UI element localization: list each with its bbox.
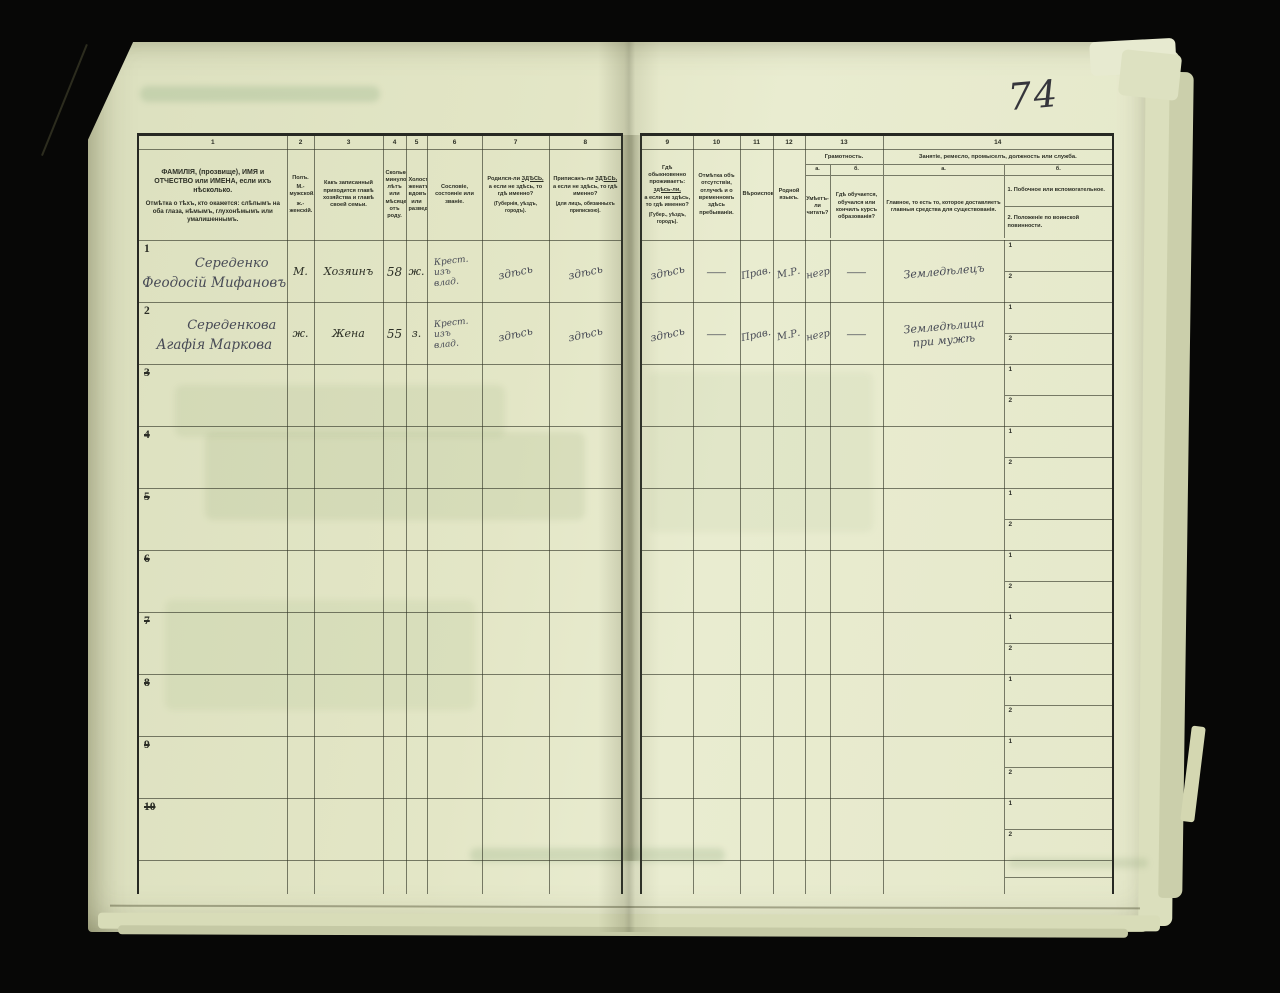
col-num: 9 — [641, 135, 693, 150]
row-number: 9 — [144, 739, 150, 751]
col-num: 13 — [805, 135, 883, 150]
cell-relation — [314, 613, 383, 675]
cell-education — [830, 551, 883, 613]
cell-residence — [641, 489, 693, 551]
cell-age — [383, 861, 406, 895]
cell-side-occupation — [1004, 861, 1113, 895]
cell-relation — [314, 427, 383, 489]
cell-language — [773, 613, 805, 675]
cell-education — [830, 675, 883, 737]
col-num: 6 — [427, 135, 482, 150]
cell-education — [830, 737, 883, 799]
book-fold-gutter — [622, 303, 641, 365]
cell-education — [830, 365, 883, 427]
table-row: 10 1 2 — [138, 799, 1113, 861]
name-line-1: Середенко — [177, 256, 287, 271]
cell-estate — [427, 613, 482, 675]
cell-residence — [641, 737, 693, 799]
cell-age — [383, 365, 406, 427]
table-row: 7 1 2 — [138, 613, 1113, 675]
cell-religion — [740, 799, 773, 861]
header-name-title: ФАМИЛІЯ, (прозвище), ИМЯ и ОТЧЕСТВО или … — [143, 168, 283, 195]
cell-registration — [549, 365, 622, 427]
cell-language: М.Р. — [773, 241, 805, 303]
scanned-census-page-photo: 74 1 2 3 4 5 6 7 8 9 10 11 12 — [0, 0, 1280, 993]
cell-side-occupation: 1 2 — [1004, 241, 1113, 303]
cell-religion — [740, 675, 773, 737]
table-row: 3 1 2 — [138, 365, 1113, 427]
cell-age — [383, 551, 406, 613]
cell-estate — [427, 675, 482, 737]
table-row: 8 1 2 — [138, 675, 1113, 737]
cell-name: 8 — [138, 675, 287, 737]
cell-residence: здѣсь — [641, 241, 693, 303]
cell-sex — [287, 551, 314, 613]
header-name-column: ФАМИЛІЯ, (прозвище), ИМЯ и ОТЧЕСТВО или … — [138, 150, 287, 241]
book-fold-gutter — [622, 737, 641, 799]
cell-side-occupation: 1 2 — [1004, 365, 1113, 427]
cell-name: 1 Середенко Феодосій Мифановъ — [138, 241, 287, 303]
cell-education — [830, 613, 883, 675]
cell-religion — [740, 861, 773, 895]
cell-estate: Крест. изъ влад. — [427, 241, 482, 303]
col-num: 8 — [549, 135, 622, 150]
cell-residence — [641, 551, 693, 613]
cell-residence — [641, 799, 693, 861]
cell-sex — [287, 861, 314, 895]
cell-name: 9 — [138, 737, 287, 799]
cell-marital — [406, 489, 427, 551]
cell-registration — [549, 489, 622, 551]
row-number: 5 — [144, 491, 150, 503]
header-literacy-title: Грамотность. — [806, 152, 883, 165]
cell-sex — [287, 427, 314, 489]
header-relation: Какъ записанный приходится главѣ хозяйст… — [314, 150, 383, 241]
name-line-2: Феодосій Мифановъ — [142, 275, 287, 291]
cell-sex — [287, 489, 314, 551]
cell-absence — [693, 737, 740, 799]
table-row: 4 1 2 — [138, 427, 1113, 489]
cell-registration: здѣсь — [549, 241, 622, 303]
cell-birthplace — [482, 489, 549, 551]
table-row: 1 Середенко Феодосій Мифановъ М. Хозяинъ… — [138, 241, 1113, 303]
ink-bleed-ghost — [140, 86, 380, 102]
cell-birthplace — [482, 551, 549, 613]
header-religion: Вѣроисповѣданіе. — [740, 150, 773, 241]
cell-religion: Прав. — [740, 241, 773, 303]
cell-literacy — [805, 737, 830, 799]
cell-estate: Крест. изъ влад. — [427, 303, 482, 365]
cell-religion — [740, 551, 773, 613]
book-fold-gutter — [622, 613, 641, 675]
header-absence: Отмѣтка объ отсутствіи, отлучкѣ и о врем… — [693, 150, 740, 241]
col-num: 1 — [138, 135, 287, 150]
cell-absence — [693, 489, 740, 551]
cell-occupation — [883, 861, 1004, 895]
cell-language — [773, 799, 805, 861]
cell-estate — [427, 365, 482, 427]
table-row — [138, 861, 1113, 895]
cell-language — [773, 365, 805, 427]
cell-relation: Жена — [314, 303, 383, 365]
cell-sex: ж. — [287, 303, 314, 365]
header-registration: Приписанъ-ли ЗДѢСЬ, а если не здѣсь, то … — [549, 150, 622, 241]
cell-religion — [740, 489, 773, 551]
header-occupation-group: Занятіе, ремесло, промыселъ, должность и… — [883, 150, 1113, 241]
cell-name: 2 Середенкова Агафія Маркова — [138, 303, 287, 365]
cell-absence — [693, 675, 740, 737]
cell-marital — [406, 365, 427, 427]
col-num: 12 — [773, 135, 805, 150]
cell-sex — [287, 799, 314, 861]
cell-registration: здѣсь — [549, 303, 622, 365]
cell-marital — [406, 675, 427, 737]
cell-sex — [287, 737, 314, 799]
column-number-row: 1 2 3 4 5 6 7 8 9 10 11 12 13 14 — [138, 135, 1113, 150]
cell-birthplace — [482, 613, 549, 675]
cell-education — [830, 489, 883, 551]
table-row: 2 Середенкова Агафія Маркова ж. Жена 55 … — [138, 303, 1113, 365]
cell-side-occupation: 1 2 — [1004, 489, 1113, 551]
cell-relation — [314, 489, 383, 551]
cell-religion — [740, 365, 773, 427]
page-corner — [1118, 49, 1182, 101]
cell-absence — [693, 365, 740, 427]
col-num: 10 — [693, 135, 740, 150]
cell-marital — [406, 613, 427, 675]
cell-education — [830, 861, 883, 895]
header-birthplace: Родился-ли ЗДѢСЬ, а если не здѣсь, то гд… — [482, 150, 549, 241]
book-fold-gutter — [622, 135, 641, 241]
cell-literacy — [805, 675, 830, 737]
cell-literacy: негр. — [805, 303, 830, 365]
cell-absence — [693, 799, 740, 861]
col-num: 2 — [287, 135, 314, 150]
cell-birthplace: здѣсь — [482, 241, 549, 303]
cell-marital — [406, 799, 427, 861]
cell-sex — [287, 613, 314, 675]
cell-religion: Прав. — [740, 303, 773, 365]
book-fold-gutter — [622, 551, 641, 613]
cell-side-occupation: 1 2 — [1004, 613, 1113, 675]
cell-marital — [406, 427, 427, 489]
cell-relation — [314, 675, 383, 737]
cell-estate — [427, 861, 482, 895]
header-education: Гдѣ обучается, обучался или кончилъ курс… — [831, 176, 883, 238]
cell-age — [383, 675, 406, 737]
cell-sex — [287, 675, 314, 737]
header-sex: Полъ. М.-мужской. ж.-женскій. — [287, 150, 314, 241]
cell-birthplace: здѣсь — [482, 303, 549, 365]
cell-name: 4 — [138, 427, 287, 489]
name-line-1: Середенкова — [177, 318, 287, 333]
cell-occupation — [883, 675, 1004, 737]
row-number: 3 — [144, 367, 150, 379]
header-residence: Гдѣ обыкновенно проживаетъ: здѣсь-ли, а … — [641, 150, 693, 241]
cell-language — [773, 861, 805, 895]
cell-education — [830, 427, 883, 489]
cell-registration — [549, 799, 622, 861]
header-estate: Сословіе, состояніе или званіе. — [427, 150, 482, 241]
cell-estate — [427, 551, 482, 613]
cell-absence — [693, 427, 740, 489]
cell-literacy — [805, 799, 830, 861]
cell-sex: М. — [287, 241, 314, 303]
cell-sex — [287, 365, 314, 427]
book-fold-gutter — [622, 799, 641, 861]
col-num: 11 — [740, 135, 773, 150]
col-num: 7 — [482, 135, 549, 150]
cell-birthplace — [482, 861, 549, 895]
cell-relation — [314, 551, 383, 613]
cell-relation — [314, 737, 383, 799]
cell-name: 3 — [138, 365, 287, 427]
cell-registration — [549, 427, 622, 489]
cell-registration — [549, 737, 622, 799]
cell-residence — [641, 675, 693, 737]
cell-occupation — [883, 365, 1004, 427]
cell-age: 58 — [383, 241, 406, 303]
header-side-occupation: 1. Побочное или вспомогательное. 2. Поло… — [1005, 176, 1113, 238]
header-can-read: Умѣетъ-ли читать? — [806, 176, 831, 238]
row-number: 2 — [144, 305, 150, 317]
cell-age — [383, 489, 406, 551]
book-fold-gutter — [622, 489, 641, 551]
col-num: 4 — [383, 135, 406, 150]
header-literacy-group: Грамотность. а. б. Умѣетъ-ли читать? Гдѣ… — [805, 150, 883, 241]
header-marital: Холостъ, женатъ, вдовъ или разведенъ. — [406, 150, 427, 241]
cell-education: — — [830, 241, 883, 303]
cell-absence — [693, 861, 740, 895]
cell-residence — [641, 365, 693, 427]
cell-language — [773, 675, 805, 737]
cell-side-occupation: 1 2 — [1004, 303, 1113, 365]
cell-birthplace — [482, 799, 549, 861]
row-number: 10 — [144, 801, 156, 813]
cell-estate — [427, 427, 482, 489]
cell-age — [383, 799, 406, 861]
col-num: 5 — [406, 135, 427, 150]
cell-residence — [641, 613, 693, 675]
cell-estate — [427, 799, 482, 861]
cell-religion — [740, 613, 773, 675]
cell-occupation — [883, 737, 1004, 799]
cell-age: 55 — [383, 303, 406, 365]
cell-name: 10 — [138, 799, 287, 861]
cell-name: 7 — [138, 613, 287, 675]
cell-relation — [314, 799, 383, 861]
cell-name: 6 — [138, 551, 287, 613]
cell-occupation — [883, 799, 1004, 861]
cell-side-occupation: 1 2 — [1004, 799, 1113, 861]
cell-language — [773, 551, 805, 613]
cell-side-occupation: 1 2 — [1004, 427, 1113, 489]
cell-side-occupation: 1 2 — [1004, 675, 1113, 737]
cell-registration — [549, 675, 622, 737]
cell-literacy — [805, 613, 830, 675]
cell-absence: — — [693, 303, 740, 365]
row-number: 8 — [144, 677, 150, 689]
header-age: Сколько минуло лѣтъ или мѣсяцевъ отъ род… — [383, 150, 406, 241]
header-language: Родной языкъ. — [773, 150, 805, 241]
cell-literacy — [805, 365, 830, 427]
header-main-occupation: Главное, то есть то, которое доставляетъ… — [884, 176, 1005, 238]
cell-birthplace — [482, 737, 549, 799]
table-row: 5 1 2 — [138, 489, 1113, 551]
census-table-body: 1 Середенко Феодосій Мифановъ М. Хозяинъ… — [138, 241, 1113, 895]
cell-marital: з. — [406, 303, 427, 365]
header-name-note: Отмѣтка о тѣхъ, кто окажется: слѣпымъ на… — [144, 200, 282, 224]
cell-literacy — [805, 861, 830, 895]
cell-occupation — [883, 551, 1004, 613]
cell-religion — [740, 737, 773, 799]
cell-residence: здѣсь — [641, 303, 693, 365]
cell-birthplace — [482, 427, 549, 489]
census-table: 1 2 3 4 5 6 7 8 9 10 11 12 13 14 ФАМИЛІЯ… — [137, 133, 1114, 894]
cell-occupation — [883, 613, 1004, 675]
cell-name — [138, 861, 287, 895]
book-fold-gutter — [622, 675, 641, 737]
book-fold-gutter — [622, 861, 641, 895]
cell-relation — [314, 861, 383, 895]
cell-literacy — [805, 427, 830, 489]
cell-age — [383, 427, 406, 489]
cell-literacy — [805, 489, 830, 551]
cell-language: М.Р. — [773, 303, 805, 365]
cell-marital — [406, 551, 427, 613]
cell-language — [773, 427, 805, 489]
cell-age — [383, 613, 406, 675]
cell-birthplace — [482, 365, 549, 427]
cell-residence — [641, 427, 693, 489]
cell-residence — [641, 861, 693, 895]
cell-religion — [740, 427, 773, 489]
col-num: 3 — [314, 135, 383, 150]
cell-registration — [549, 551, 622, 613]
cell-occupation — [883, 489, 1004, 551]
cell-side-occupation: 1 2 — [1004, 737, 1113, 799]
cell-occupation: Земледѣлица при мужѣ — [883, 303, 1004, 365]
cell-absence — [693, 551, 740, 613]
cell-language — [773, 489, 805, 551]
book-fold-gutter — [622, 427, 641, 489]
cell-marital — [406, 861, 427, 895]
col-num: 14 — [883, 135, 1113, 150]
cell-registration — [549, 613, 622, 675]
row-number: 7 — [144, 615, 150, 627]
row-number: 6 — [144, 553, 150, 565]
cell-estate — [427, 489, 482, 551]
name-line-2: Агафія Маркова — [142, 337, 287, 353]
paper-crease — [41, 44, 88, 156]
cell-relation — [314, 365, 383, 427]
cell-relation: Хозяинъ — [314, 241, 383, 303]
table-row: 6 1 2 — [138, 551, 1113, 613]
cell-occupation: Земледѣлецъ — [883, 241, 1004, 303]
row-number: 1 — [144, 243, 150, 255]
cell-absence — [693, 613, 740, 675]
cell-absence: — — [693, 241, 740, 303]
page-number-handwritten: 74 — [1006, 72, 1061, 119]
cell-name: 5 — [138, 489, 287, 551]
book-fold-gutter — [622, 241, 641, 303]
cell-marital: ж. — [406, 241, 427, 303]
cell-education — [830, 799, 883, 861]
cell-language — [773, 737, 805, 799]
cell-registration — [549, 861, 622, 895]
cell-literacy — [805, 551, 830, 613]
row-number: 4 — [144, 429, 150, 441]
cell-estate — [427, 737, 482, 799]
cell-literacy: негр. — [805, 241, 830, 303]
header-occupation-title: Занятіе, ремесло, промыселъ, должность и… — [884, 152, 1113, 165]
cell-education: — — [830, 303, 883, 365]
cell-marital — [406, 737, 427, 799]
book-fold-gutter — [622, 365, 641, 427]
cell-side-occupation: 1 2 — [1004, 551, 1113, 613]
cell-birthplace — [482, 675, 549, 737]
cell-age — [383, 737, 406, 799]
table-row: 9 1 2 — [138, 737, 1113, 799]
cell-occupation — [883, 427, 1004, 489]
